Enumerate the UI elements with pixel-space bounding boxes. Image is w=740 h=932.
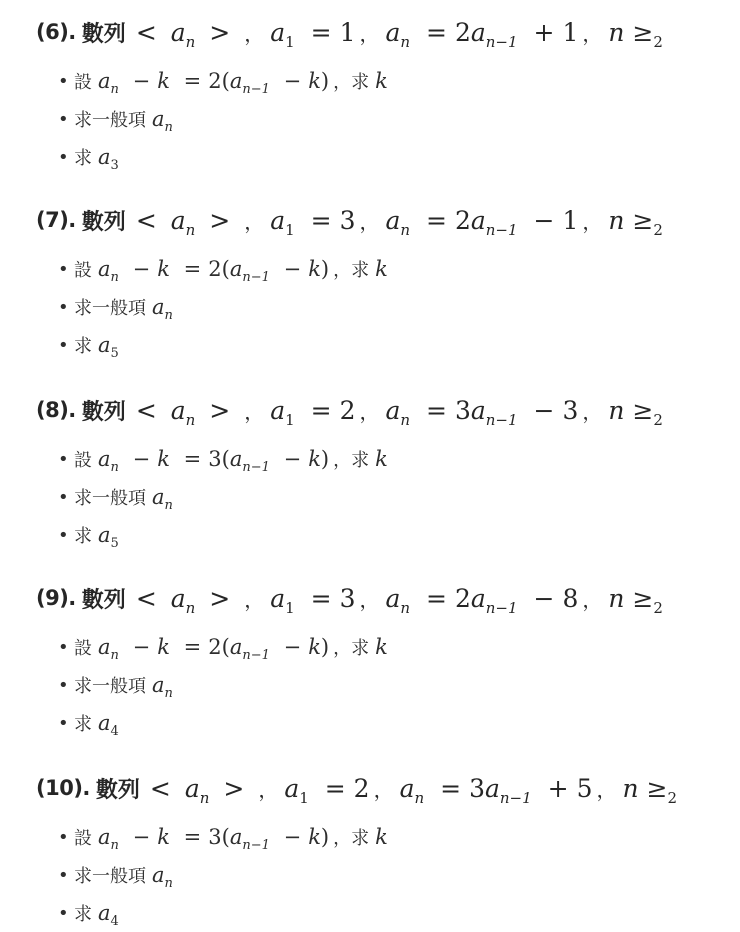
problem-number: (9). [36, 586, 76, 610]
problem-title: (8). 數列 < an > ， a1 =2 ， an =3an−1 −3 ， … [36, 392, 726, 428]
sub-question-list: • 設 an −k =3(an−1 −k) ， 求 k • 求一般項 an • … [58, 818, 388, 932]
problem-label: 數列 [82, 17, 126, 48]
sub-question-general-term: • 求一般項 an [58, 478, 388, 516]
problem-block: (9). 數列 < an > ， a1 =3 ， an =2an−1 −8 ， … [36, 580, 726, 616]
recurrence-relation: an =2an−1 +1 [385, 18, 578, 47]
bullet-icon: • [58, 335, 74, 356]
sub-question-find-k: • 設 an −k =3(an−1 −k) ， 求 k [58, 440, 388, 478]
initial-term: a1 =1 [270, 18, 355, 47]
sequence-notation: < an > [136, 206, 230, 235]
index-condition: n ≥2 [608, 584, 663, 613]
sub-question-general-term: • 求一般項 an [58, 856, 388, 894]
index-condition: n ≥2 [608, 18, 663, 47]
initial-term: a1 =3 [270, 584, 355, 613]
sub-question-list: • 設 an −k =2(an−1 −k) ， 求 k • 求一般項 an • … [58, 628, 388, 742]
bullet-icon: • [58, 487, 74, 508]
sub-question-general-term: • 求一般項 an [58, 100, 388, 138]
bullet-icon: • [58, 903, 74, 924]
problem-number: (10). [36, 776, 90, 800]
recurrence-relation: an =3an−1 −3 [385, 396, 578, 425]
initial-term: a1 =2 [284, 774, 369, 803]
bullet-icon: • [58, 297, 74, 318]
recurrence-relation: an =2an−1 −1 [385, 206, 578, 235]
sub-question-find-term: • 求 a5 [58, 326, 388, 364]
problem-title: (9). 數列 < an > ， a1 =3 ， an =2an−1 −8 ， … [36, 580, 726, 616]
sub-question-find-k: • 設 an −k =3(an−1 −k) ， 求 k [58, 818, 388, 856]
bullet-icon: • [58, 675, 74, 696]
sub-question-find-term: • 求 a5 [58, 516, 388, 554]
bullet-icon: • [58, 827, 74, 848]
problem-number: (6). [36, 20, 76, 44]
bullet-icon: • [58, 109, 74, 130]
sub-question-list: • 設 an −k =3(an−1 −k) ， 求 k • 求一般項 an • … [58, 440, 388, 554]
sub-question-find-k: • 設 an −k =2(an−1 −k) ， 求 k [58, 250, 388, 288]
sub-question-find-term: • 求 a3 [58, 138, 388, 176]
problem-number: (8). [36, 398, 76, 422]
bullet-icon: • [58, 71, 74, 92]
index-condition: n ≥2 [622, 774, 677, 803]
bullet-icon: • [58, 865, 74, 886]
initial-term: a1 =2 [270, 396, 355, 425]
sub-question-list: • 設 an −k =2(an−1 −k) ， 求 k • 求一般項 an • … [58, 62, 388, 176]
problem-number: (7). [36, 208, 76, 232]
recurrence-relation: an =2an−1 −8 [385, 584, 578, 613]
problem-label: 數列 [82, 395, 126, 426]
bullet-icon: • [58, 259, 74, 280]
problem-label: 數列 [82, 583, 126, 614]
sequence-notation: < an > [150, 774, 244, 803]
sequence-notation: < an > [136, 584, 230, 613]
bullet-icon: • [58, 449, 74, 470]
sub-question-find-term: • 求 a4 [58, 704, 388, 742]
problem-block: (7). 數列 < an > ， a1 =3 ， an =2an−1 −1 ， … [36, 202, 726, 238]
index-condition: n ≥2 [608, 206, 663, 235]
sub-question-find-k: • 設 an −k =2(an−1 −k) ， 求 k [58, 62, 388, 100]
sub-question-general-term: • 求一般項 an [58, 666, 388, 704]
problem-title: (6). 數列 < an > ， a1 =1 ， an =2an−1 +1 ， … [36, 14, 726, 50]
problem-block: (8). 數列 < an > ， a1 =2 ， an =3an−1 −3 ， … [36, 392, 726, 428]
initial-term: a1 =3 [270, 206, 355, 235]
recurrence-relation: an =3an−1 +5 [400, 774, 593, 803]
sub-question-general-term: • 求一般項 an [58, 288, 388, 326]
problem-block: (10). 數列 < an > ， a1 =2 ， an =3an−1 +5 ，… [36, 770, 726, 806]
bullet-icon: • [58, 637, 74, 658]
problem-label: 數列 [96, 773, 140, 804]
sub-question-find-k: • 設 an −k =2(an−1 −k) ， 求 k [58, 628, 388, 666]
bullet-icon: • [58, 713, 74, 734]
sequence-notation: < an > [136, 396, 230, 425]
sub-question-find-term: • 求 a4 [58, 894, 388, 932]
bullet-icon: • [58, 525, 74, 546]
problem-title: (7). 數列 < an > ， a1 =3 ， an =2an−1 −1 ， … [36, 202, 726, 238]
problem-label: 數列 [82, 205, 126, 236]
problem-block: (6). 數列 < an > ， a1 =1 ， an =2an−1 +1 ， … [36, 14, 726, 50]
bullet-icon: • [58, 147, 74, 168]
index-condition: n ≥2 [608, 396, 663, 425]
sequence-notation: < an > [136, 18, 230, 47]
problem-title: (10). 數列 < an > ， a1 =2 ， an =3an−1 +5 ，… [36, 770, 726, 806]
sub-question-list: • 設 an −k =2(an−1 −k) ， 求 k • 求一般項 an • … [58, 250, 388, 364]
